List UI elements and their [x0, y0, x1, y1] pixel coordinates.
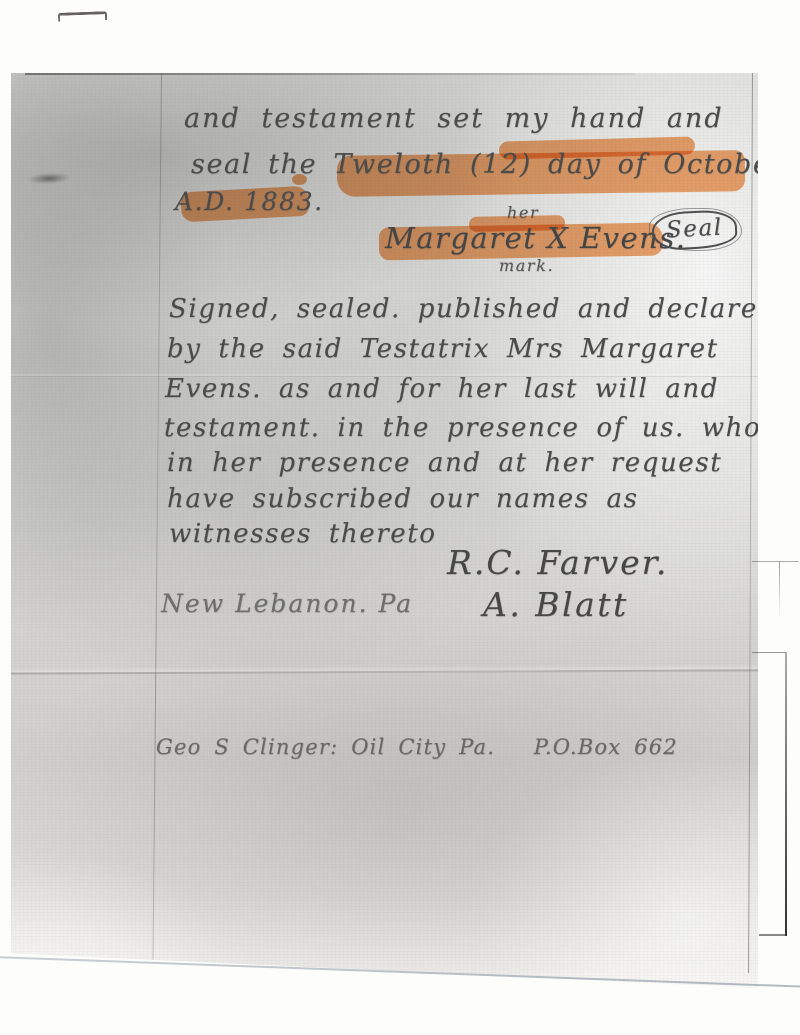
- footer-note: Geo S Clinger: Oil City Pa. P.O.Box 662: [156, 735, 678, 759]
- under-sheet-a-side-edge: [779, 562, 780, 619]
- testatrix-signature: Margaret X Evens.: [385, 221, 686, 255]
- horizontal-fold-line: [11, 669, 758, 674]
- attestation-line-6: have subscribed our names as: [167, 484, 639, 514]
- under-sheet-b-side-edge: [785, 653, 787, 936]
- attestation-line-2: by the said Testatrix Mrs Margaret: [167, 334, 719, 364]
- will-line-1: and testament set my hand and: [184, 103, 724, 134]
- mark-annotation: mark.: [499, 256, 554, 275]
- attestation-line-5: in her presence and at her request: [167, 448, 722, 478]
- page-right-edge: [748, 73, 753, 973]
- will-line-date: A.D. 1883.: [175, 187, 324, 216]
- seal-label: Seal: [651, 209, 738, 251]
- attestation-line-7: witnesses thereto: [169, 519, 437, 549]
- attestation-line-1: Signed, sealed. published and declared: [169, 294, 776, 324]
- witness-signature-1: R.C. Farver.: [447, 543, 668, 582]
- scanned-document-page: and testament set my hand and seal the T…: [11, 73, 758, 988]
- witness-location: New Lebanon. Pa: [161, 589, 413, 618]
- witness-signature-2: A. Blatt: [483, 585, 629, 624]
- will-line-2: seal the Tweloth (12) day of October: [191, 149, 785, 180]
- vertical-fold-line: [152, 73, 162, 965]
- attestation-line-4: testament. in the presence of us. who: [164, 413, 761, 443]
- her-annotation: her: [507, 203, 539, 222]
- seal-stamp: Seal: [652, 211, 737, 249]
- attestation-line-3: Evens. as and for her last will and: [165, 374, 719, 404]
- under-sheet-a-top-edge: [752, 561, 799, 562]
- under-sheet-b-bottom-edge: [759, 934, 786, 936]
- page-top-edge: [25, 73, 635, 75]
- staple-icon: [58, 11, 107, 22]
- smudge-mark: [27, 172, 72, 185]
